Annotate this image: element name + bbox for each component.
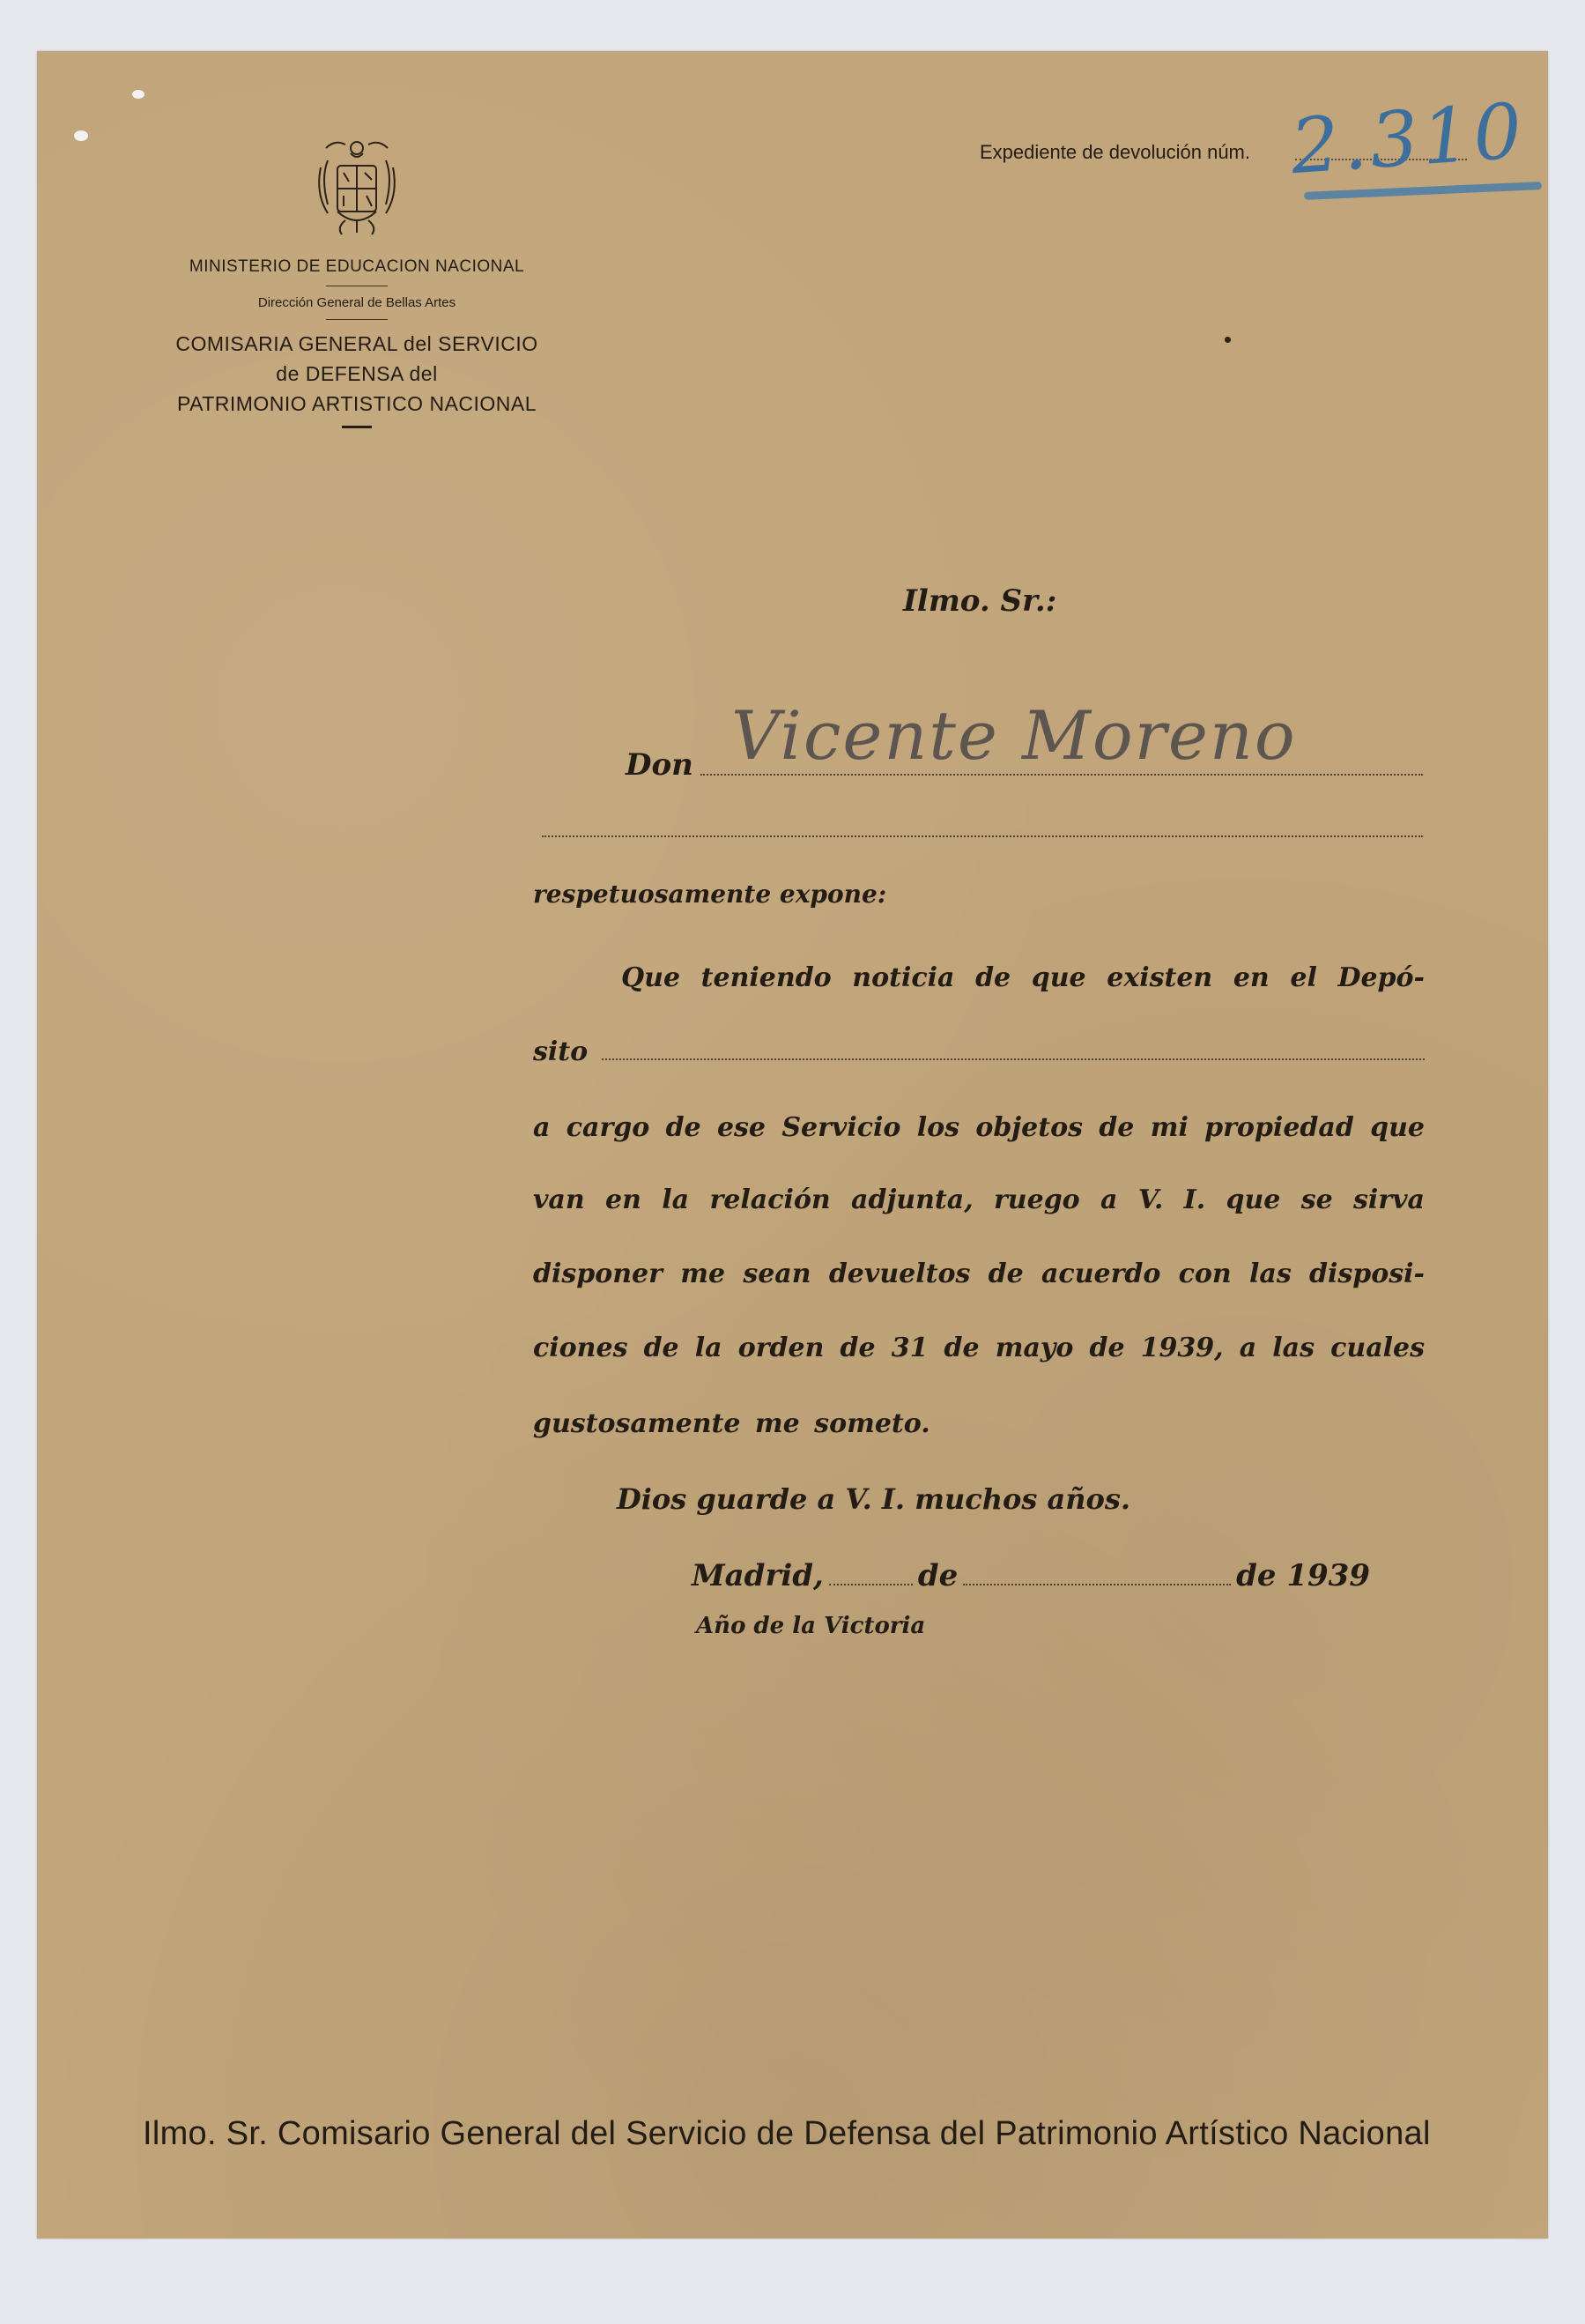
file-number-label: Expediente de devolución núm. <box>980 141 1250 164</box>
spanish-coat-of-arms-icon <box>308 132 405 238</box>
body-line: Que teniendo noticia de que existen en e… <box>621 962 1425 993</box>
day-dotted-line <box>829 1583 913 1585</box>
closing-text: Dios guarde a V. I. muchos años. <box>617 1482 1130 1516</box>
body-line: gustosamente me someto. <box>533 1408 1425 1439</box>
directorate-name: Dirección General de Bellas Artes <box>132 295 581 310</box>
staple-hole <box>132 90 144 99</box>
commission-line-1: COMISARIA GENERAL del SERVICIO <box>132 329 581 359</box>
date-line: Madrid, de de 1939 <box>692 1558 1370 1593</box>
ink-spot <box>1225 337 1231 343</box>
motto: Año de la Victoria <box>696 1613 925 1639</box>
year-label: de 1939 <box>1236 1558 1370 1593</box>
divider <box>326 319 388 320</box>
intro-text: respetuosamente expone: <box>533 880 886 909</box>
file-number-handwritten: 2.310 <box>1288 87 1529 191</box>
divider <box>342 426 372 428</box>
city-label: Madrid, <box>692 1558 824 1593</box>
applicant-label: Don <box>626 747 693 783</box>
divider <box>326 286 388 286</box>
deposit-row: sito <box>533 1036 1425 1067</box>
addressee-footer: Ilmo. Sr. Comisario General del Servicio… <box>143 2115 1431 2153</box>
letterhead: MINISTERIO DE EDUCACION NACIONAL Direcci… <box>132 132 581 428</box>
body-line: van en la relación adjunta, ruego a V. I… <box>533 1184 1425 1215</box>
deposit-dotted-line <box>602 1058 1425 1060</box>
body-line: sito <box>533 1036 588 1067</box>
staple-hole <box>74 130 88 141</box>
commission-line-3: PATRIMONIO ARTISTICO NACIONAL <box>132 389 581 419</box>
applicant-name-handwritten[interactable]: Vicente Moreno <box>731 696 1297 775</box>
body-line: ciones de la orden de 31 de mayo de 1939… <box>533 1333 1425 1363</box>
ministry-name: MINISTERIO DE EDUCACION NACIONAL <box>132 257 581 277</box>
date-de-label: de <box>918 1558 958 1593</box>
salutation: Ilmo. Sr.: <box>903 583 1056 619</box>
body-line: a cargo de ese Servicio los objetos de m… <box>533 1112 1425 1143</box>
body-line: disponer me sean devueltos de acuerdo co… <box>533 1259 1425 1289</box>
applicant-second-dotted-line <box>542 835 1423 837</box>
month-dotted-line <box>963 1583 1231 1585</box>
commission-line-2: de DEFENSA del <box>132 359 581 389</box>
